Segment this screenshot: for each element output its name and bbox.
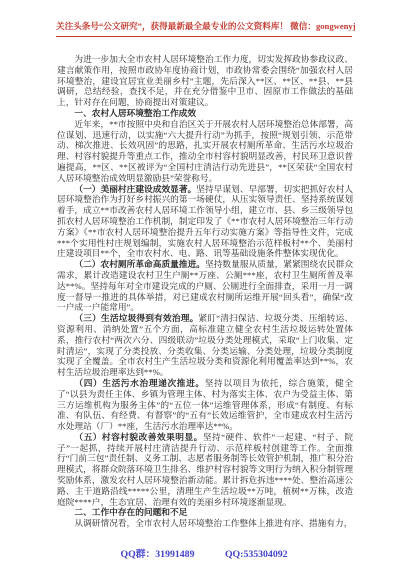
paragraph: 从调研情况看，全市农村人居环境整治工作整体上推进有序、措施有力， bbox=[57, 518, 353, 529]
section-heading: 二、工作中存在的问题和不足 bbox=[57, 507, 353, 518]
paragraph: （三）生活垃圾得到有效治理。紧盯“清扫保洁、垃圾分类、压缩转运、资源利用、消纳处… bbox=[57, 313, 353, 378]
qq-group-text: QQ群：31991489 bbox=[120, 546, 194, 560]
paragraph: （五）村容村貌改善效果明显。坚持“硬件、软件”一起建、“村子、院子”一起抓，持续… bbox=[57, 432, 353, 508]
document-page: 关注头条号“公文研究”，获得最新最全最专业的公文资料库！ 微信：gongweny… bbox=[0, 0, 408, 580]
paragraph: （二）农村厕所革命高质量推进。坚持数量服从质量，紧紧围绕农民群众需求，累计改造建… bbox=[57, 259, 353, 313]
paragraph: （一）美丽村庄建设成效显著。坚持早谋划、早部署，切实把抓好农村人居环境整治作为打… bbox=[57, 184, 353, 260]
paragraph: 近年来，**市按照中央和自治区关于开展农村人居环境整治总体部署，高位谋划、迅速行… bbox=[57, 119, 353, 184]
paragraph: 为进一步加大全市农村人居环境整治工作力度，切实发挥政协参政议政、建言献策作用，按… bbox=[57, 54, 353, 108]
item-lead: （一）美丽村庄建设成效显著。 bbox=[74, 184, 196, 194]
document-body: 为进一步加大全市农村人居环境整治工作力度，切实发挥政协参政议政、建言献策作用，按… bbox=[57, 54, 353, 529]
item-lead: （三）生活垃圾得到有效治理。 bbox=[74, 313, 198, 323]
contact-footer: QQ群：31991489 QQ:535304092 bbox=[0, 546, 408, 560]
item-lead: （五）村容村貌改善效果明显。 bbox=[74, 432, 202, 442]
paragraph: （四）生活污水治理递次推进。坚持以项目为依托，综合施策，健全了“以县为责任主体、… bbox=[57, 378, 353, 432]
item-lead: （四）生活污水治理递次推进。 bbox=[74, 378, 204, 388]
item-lead: （二）农村厕所革命高质量推进。 bbox=[74, 259, 205, 269]
promo-header: 关注头条号“公文研究”，获得最新最全最专业的公文资料库！ 微信：gongweny… bbox=[56, 21, 352, 37]
promo-header-text: 关注头条号“公文研究”，获得最新最全最专业的公文资料库！ 微信：gongweny… bbox=[56, 21, 356, 31]
qq-number-text: QQ:535304092 bbox=[225, 549, 288, 560]
section-heading: 一、农村人居环境整治工作成效 bbox=[57, 108, 353, 119]
